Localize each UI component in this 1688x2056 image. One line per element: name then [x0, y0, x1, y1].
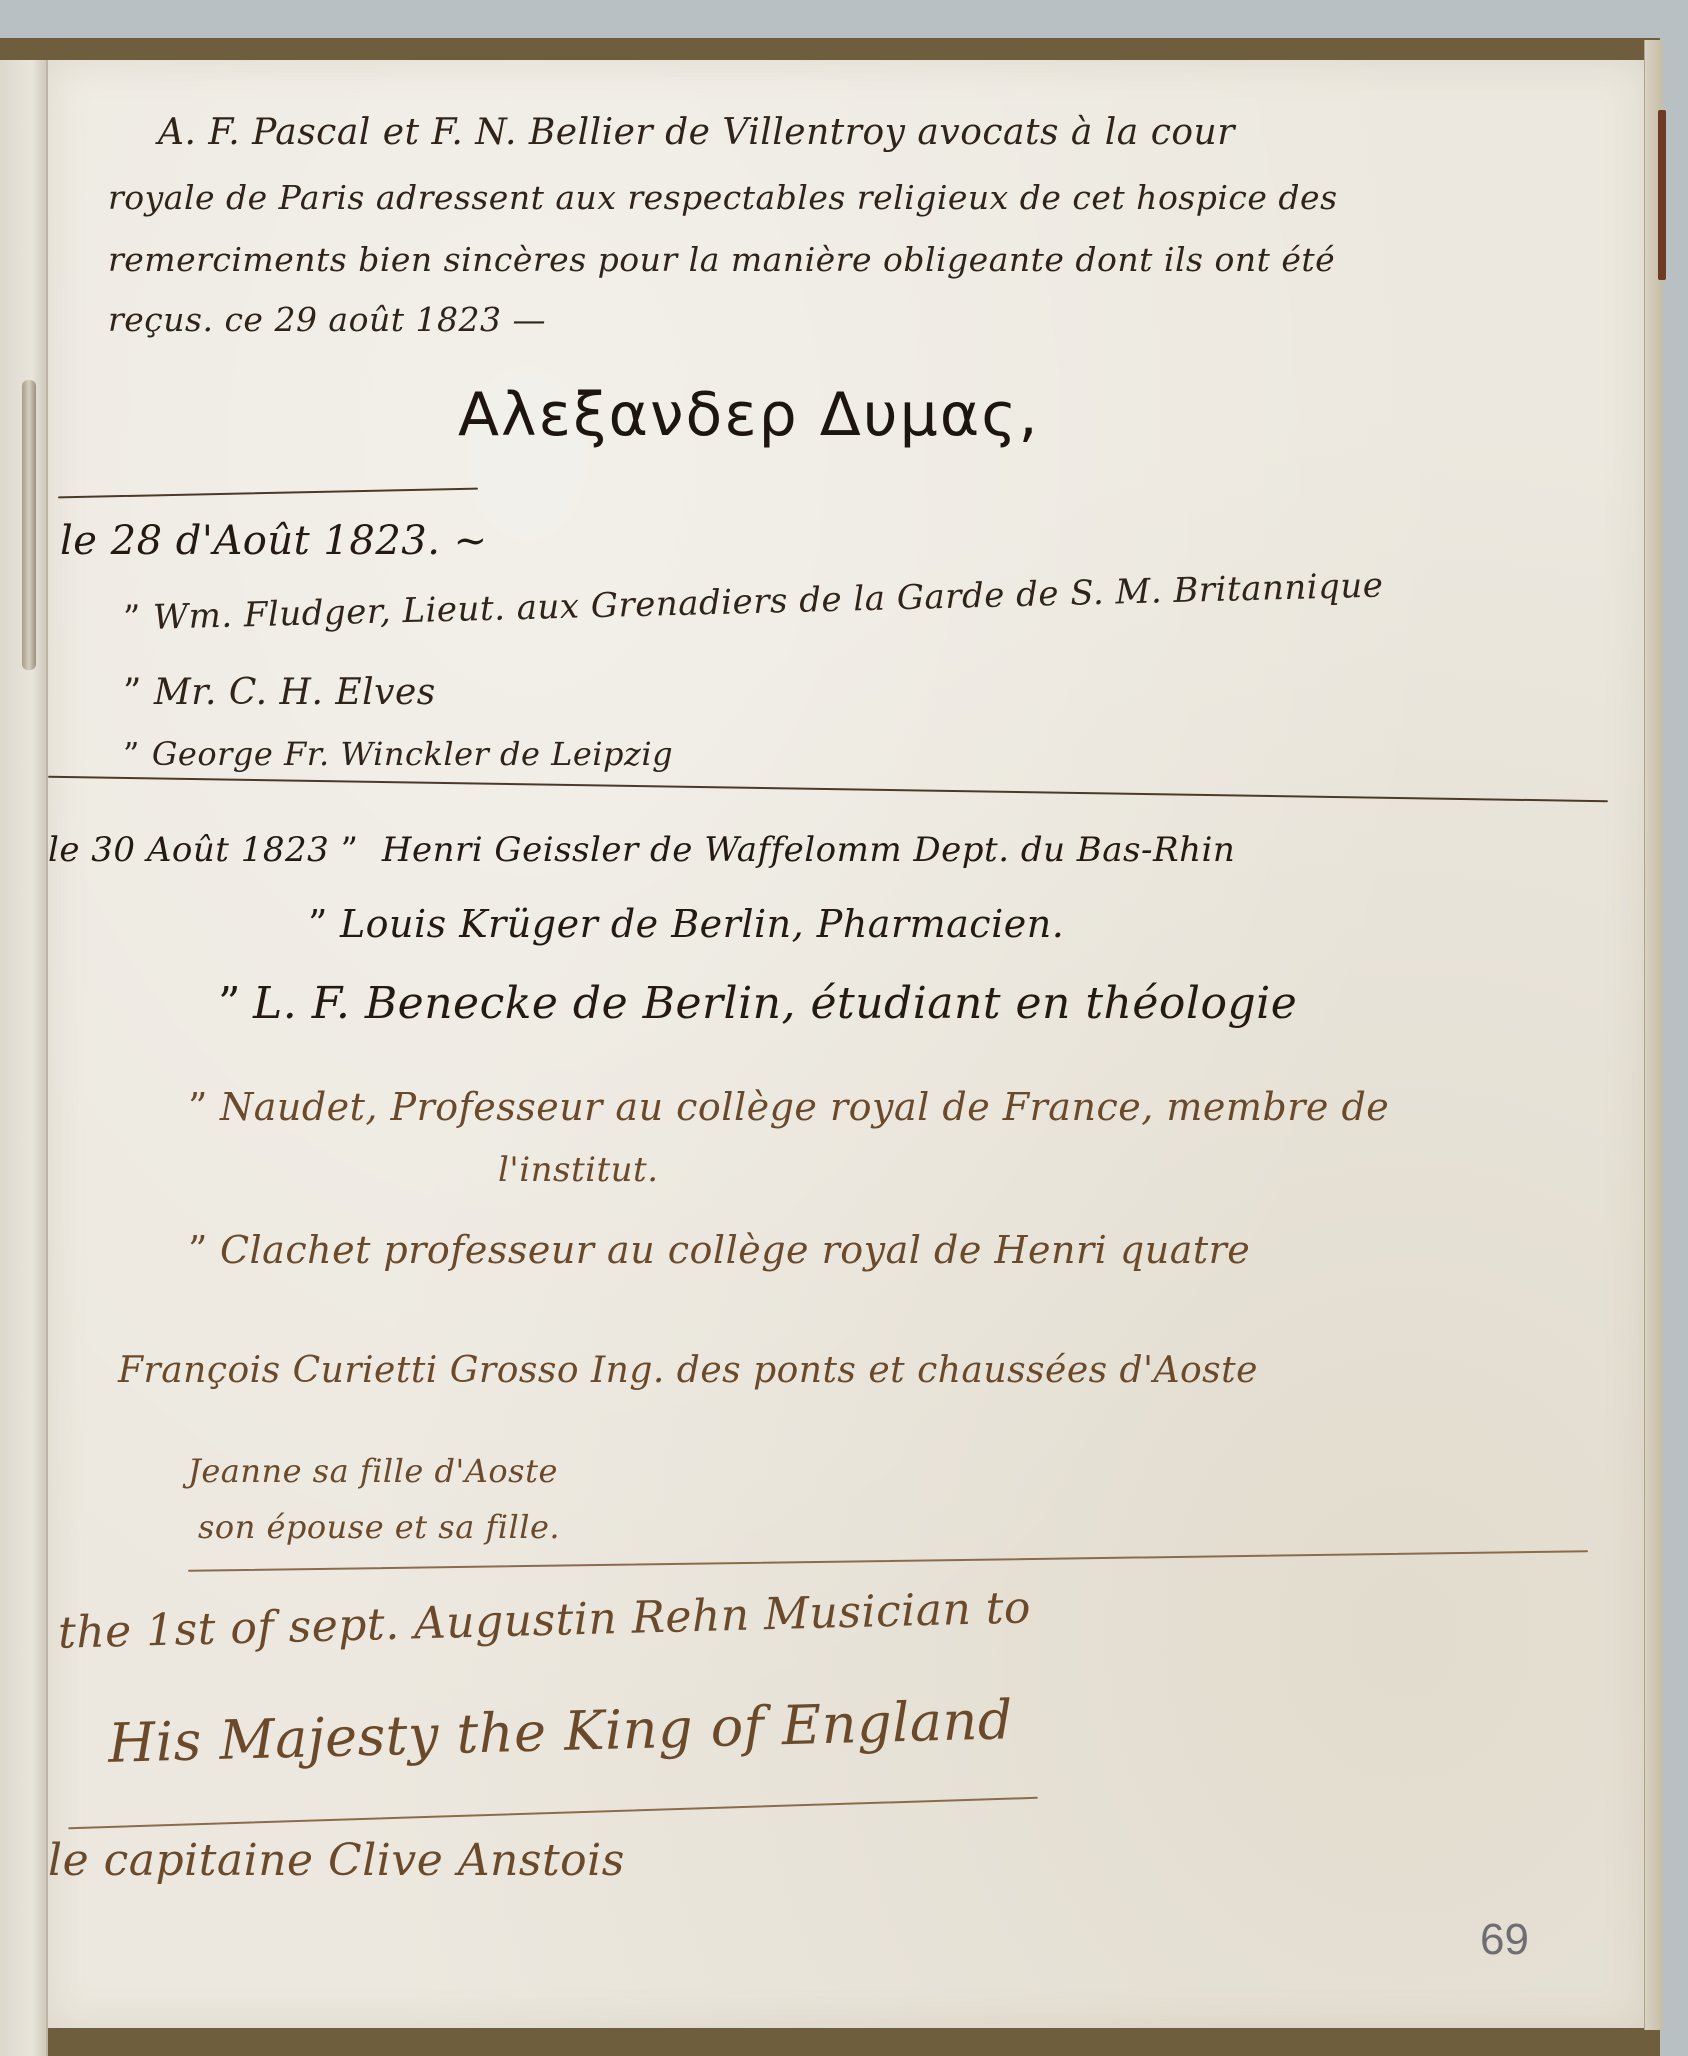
- entry-line: ”George Fr. Winckler de Leipzig: [123, 735, 673, 773]
- page-edge-right: [1644, 40, 1663, 2030]
- entry-line: le 30 Août 1823 ” Henri Geissler de Waff…: [48, 830, 1235, 870]
- entry-line: ”Louis Krüger de Berlin, Pharmacien.: [308, 902, 1064, 946]
- entry-text: Naudet, Professeur au collège royal de F…: [220, 1085, 1389, 1129]
- ditto-mark: ”: [341, 830, 359, 870]
- entry-text: George Fr. Winckler de Leipzig: [152, 735, 673, 773]
- ditto-mark: ”: [218, 978, 241, 1029]
- entry-date: le 30 Août 1823: [48, 830, 329, 870]
- page-number: 69: [1480, 1915, 1529, 1965]
- ditto-mark: ”: [188, 1085, 208, 1129]
- entry-line: the 1st of sept. Augustin Rehn Musician …: [57, 1582, 1031, 1658]
- entry-text: Mr. C. H. Elves: [154, 672, 436, 713]
- binding-cord: [22, 380, 36, 670]
- entry-text: Louis Krüger de Berlin, Pharmacien.: [340, 902, 1064, 946]
- entry-line: ”Naudet, Professeur au collège royal de …: [188, 1085, 1389, 1129]
- ditto-mark: ”: [188, 1228, 208, 1272]
- ditto-mark: ”: [123, 735, 140, 773]
- entry-text: Wm. Fludger, Lieut. aux Grenadiers de la…: [153, 566, 1384, 638]
- divider-rule: [58, 488, 478, 499]
- entry-line: Jeanne sa fille d'Aoste: [188, 1452, 558, 1490]
- entry-line: ”Wm. Fludger, Lieut. aux Grenadiers de l…: [123, 566, 1384, 639]
- entry-line: remerciments bien sincères pour la maniè…: [108, 240, 1335, 279]
- entry-line: ”L. F. Benecke de Berlin, étudiant en th…: [218, 978, 1297, 1029]
- entry-text: L. F. Benecke de Berlin, étudiant en thé…: [253, 978, 1297, 1029]
- entry-line: A. F. Pascal et F. N. Bellier de Villent…: [158, 112, 1235, 153]
- ditto-mark: ”: [308, 902, 328, 946]
- entry-line: His Majesty the King of England: [107, 1688, 1013, 1775]
- ditto-mark: ”: [123, 598, 142, 638]
- entry-line: royale de Paris adressent aux respectabl…: [108, 178, 1338, 217]
- entry-text: Clachet professeur au collège royal de H…: [220, 1228, 1250, 1272]
- entry-line: son épouse et sa fille.: [198, 1508, 560, 1546]
- torn-edge: [1658, 110, 1666, 280]
- entry-line: François Curietti Grosso Ing. des ponts …: [118, 1350, 1258, 1391]
- signature-alexandre-dumas: Αλεξανδερ Δυμας,: [458, 380, 1040, 450]
- entry-line: reçus. ce 29 août 1823 —: [108, 300, 546, 339]
- entry-line: le capitaine Clive Anstois: [48, 1835, 625, 1886]
- divider-rule: [188, 1550, 1588, 1572]
- entry-line: ”Clachet professeur au collège royal de …: [188, 1228, 1250, 1272]
- entry-text: Henri Geissler de Waffelomm Dept. du Bas…: [382, 830, 1235, 870]
- entry-line: ”Mr. C. H. Elves: [123, 672, 436, 713]
- manuscript-page: A. F. Pascal et F. N. Bellier de Villent…: [48, 60, 1644, 2028]
- entry-line: l'institut.: [498, 1150, 659, 1190]
- ditto-mark: ”: [123, 672, 142, 713]
- divider-rule: [68, 1797, 1038, 1829]
- previous-page-edge: [0, 60, 48, 2056]
- entry-date: le 28 d'Août 1823. ~: [60, 518, 488, 564]
- divider-rule: [48, 776, 1608, 803]
